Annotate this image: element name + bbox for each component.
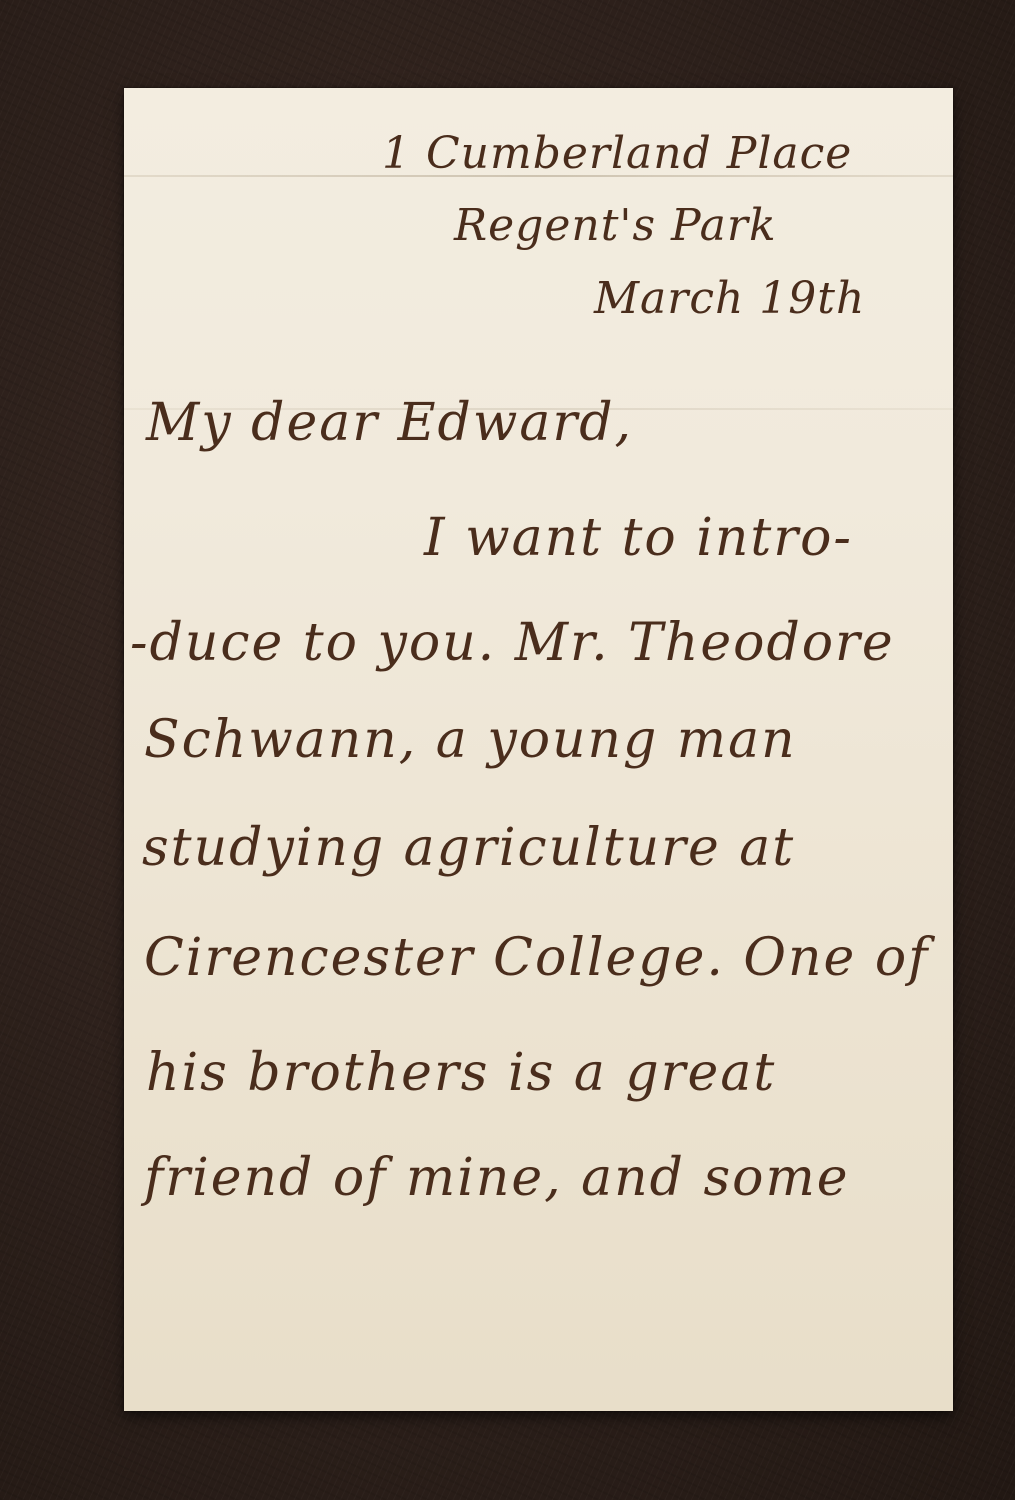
body-line: -duce to you. Mr. Theodore: [130, 613, 895, 673]
body-line: I want to intro-: [424, 508, 853, 568]
address-line-1: 1 Cumberland Place: [382, 128, 852, 179]
body-line: Schwann, a young man: [144, 710, 797, 770]
body-line: studying agriculture at: [142, 818, 795, 878]
salutation: My dear Edward,: [146, 393, 633, 453]
body-line: friend of mine, and some: [144, 1148, 850, 1208]
letter-date: March 19th: [594, 273, 865, 324]
letter-page: 1 Cumberland Place Regent's Park March 1…: [124, 88, 953, 1411]
address-line-2: Regent's Park: [454, 200, 777, 251]
body-line: Cirencester College. One of: [144, 928, 929, 988]
body-line: his brothers is a great: [146, 1043, 776, 1103]
